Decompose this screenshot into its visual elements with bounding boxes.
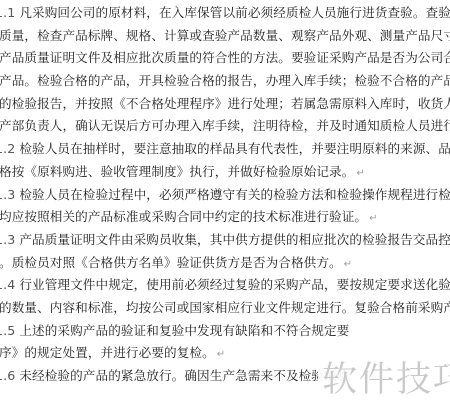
paragraph-line: 1.1凡采购回公司的原材料，在入库保管以前必须经质检人员施行进货查验。查验采取观… <box>0 2 450 25</box>
clause-number: 1.1 <box>0 5 15 20</box>
paragraph-line: 均应按照相关的产品标准或采购合同中约定的技术标准进行验证。↵ <box>0 206 450 229</box>
line-text: 检验人员在抽样时，要注意抽取的样品具有代表性，并要注明原料的来源、品名、数量 <box>19 141 450 156</box>
clause-number: 1.5 <box>0 323 15 338</box>
watermark-text: 软件技巧 <box>322 352 450 402</box>
paragraph-line: 的数量、内容和标准，均按公司或国家相应行业文件规定进行。复验合格前采购产品不得使 <box>0 297 450 320</box>
line-text: 的检验报告，并按照《不合格处理程序》进行处理；若属急需原料入库时，收货人员须先请 <box>0 96 450 111</box>
paragraph-line: 1.3产品质量证明文件由采购员收集，其中供方提供的相应批次的检验报告交品控部检验… <box>0 229 450 252</box>
line-text: 产部负责人，确认无误后方可办理入库手续，注明待检，并及时通知质检人员进行检验。 <box>0 118 450 133</box>
line-text: 的数量、内容和标准，均按公司或国家相应行业文件规定进行。复验合格前采购产品不得使 <box>0 300 450 315</box>
line-text: 。质检员对照《合格供方名单》验证供货方是否为合格供方。 <box>0 255 342 270</box>
paragraph-mark-icon: ↵ <box>344 259 352 270</box>
paragraph-line: 的检验报告，并按照《不合格处理程序》进行处理；若属急需原料入库时，收货人员须先请 <box>0 93 450 116</box>
clause-number: 1.6 <box>0 368 15 383</box>
paragraph-line: 1.4行业管理文件中规定，使用前必须经过复验的采购产品，要按规定要求送化验室复验… <box>0 274 450 297</box>
paragraph-line: 产品质量证明文件及相应批次质量的符合性的方法。要验证采购产品是否为公司合格供方提 <box>0 47 450 70</box>
clause-number: 1.4 <box>0 277 15 292</box>
line-text: 产品质量证明文件及相应批次质量的符合性的方法。要验证采购产品是否为公司合格供方提 <box>0 50 450 65</box>
line-text: 均应按照相关的产品标准或采购合同中约定的技术标准进行验证。 <box>0 209 367 224</box>
line-text: 检验人员在检验过程中，必须严格遵守有关的检验方法和检验操作规程进行检验。原辅 <box>19 187 450 202</box>
line-text: 产品。检验合格的产品，开具检验合格的报告，办理入库手续；检验不合格的产品，开具不 <box>0 73 450 88</box>
line-text: 凡采购回公司的原材料，在入库保管以前必须经质检人员施行进货查验。查验采取观察 <box>19 5 450 20</box>
line-text: 序》的规定处置，并进行必要的复检。 <box>0 345 215 360</box>
paragraph-line: 。质检员对照《合格供方名单》验证供货方是否为合格供方。↵ <box>0 252 450 275</box>
document-body: 1.1凡采购回公司的原材料，在入库保管以前必须经质检人员施行进货查验。查验采取观… <box>0 2 450 388</box>
paragraph-line: 1.3检验人员在检验过程中，必须严格遵守有关的检验方法和检验操作规程进行检验。原… <box>0 184 450 207</box>
paragraph-line: 格按《原料购进、验收管理制度》执行，并做好检验原始记录。↵ <box>0 161 450 184</box>
clause-number: 1.3 <box>0 232 15 247</box>
paragraph-line: 产部负责人，确认无误后方可办理入库手续，注明待检，并及时通知质检人员进行检验。↵ <box>0 115 450 138</box>
paragraph-line: 1.2检验人员在抽样时，要注意抽取的样品具有代表性，并要注明原料的来源、品名、数… <box>0 138 450 161</box>
paragraph-mark-icon: ↵ <box>369 213 377 224</box>
paragraph-mark-icon: ↵ <box>217 349 225 360</box>
line-text: 产品质量证明文件由采购员收集，其中供方提供的相应批次的检验报告交品控部检验员 <box>19 232 450 247</box>
clause-number: 1.2 <box>0 141 15 156</box>
paragraph-line: 产品。检验合格的产品，开具检验合格的报告，办理入库手续；检验不合格的产品，开具不 <box>0 70 450 93</box>
paragraph-line: 质量，检查产品标牌、规格、计算或查验产品数量、观察产品外观、测量产品尺寸，化验， <box>0 25 450 48</box>
line-text: 格按《原料购进、验收管理制度》执行，并做好检验原始记录。 <box>0 164 354 179</box>
paragraph-mark-icon: ↵ <box>356 168 364 179</box>
clause-number: 1.3 <box>0 187 15 202</box>
line-text: 上述的采购产品的验证和复验中发现有缺陷和不符合规定要 <box>19 323 349 338</box>
line-text: 行业管理文件中规定，使用前必须经过复验的采购产品，要按规定要求送化验室复验。 <box>19 277 450 292</box>
line-text: 未经检验的产品的紧急放行。确因生产急需来不及检验或验 <box>19 368 349 383</box>
line-text: 质量，检查产品标牌、规格、计算或查验产品数量、观察产品外观、测量产品尺寸，化验， <box>0 28 450 43</box>
